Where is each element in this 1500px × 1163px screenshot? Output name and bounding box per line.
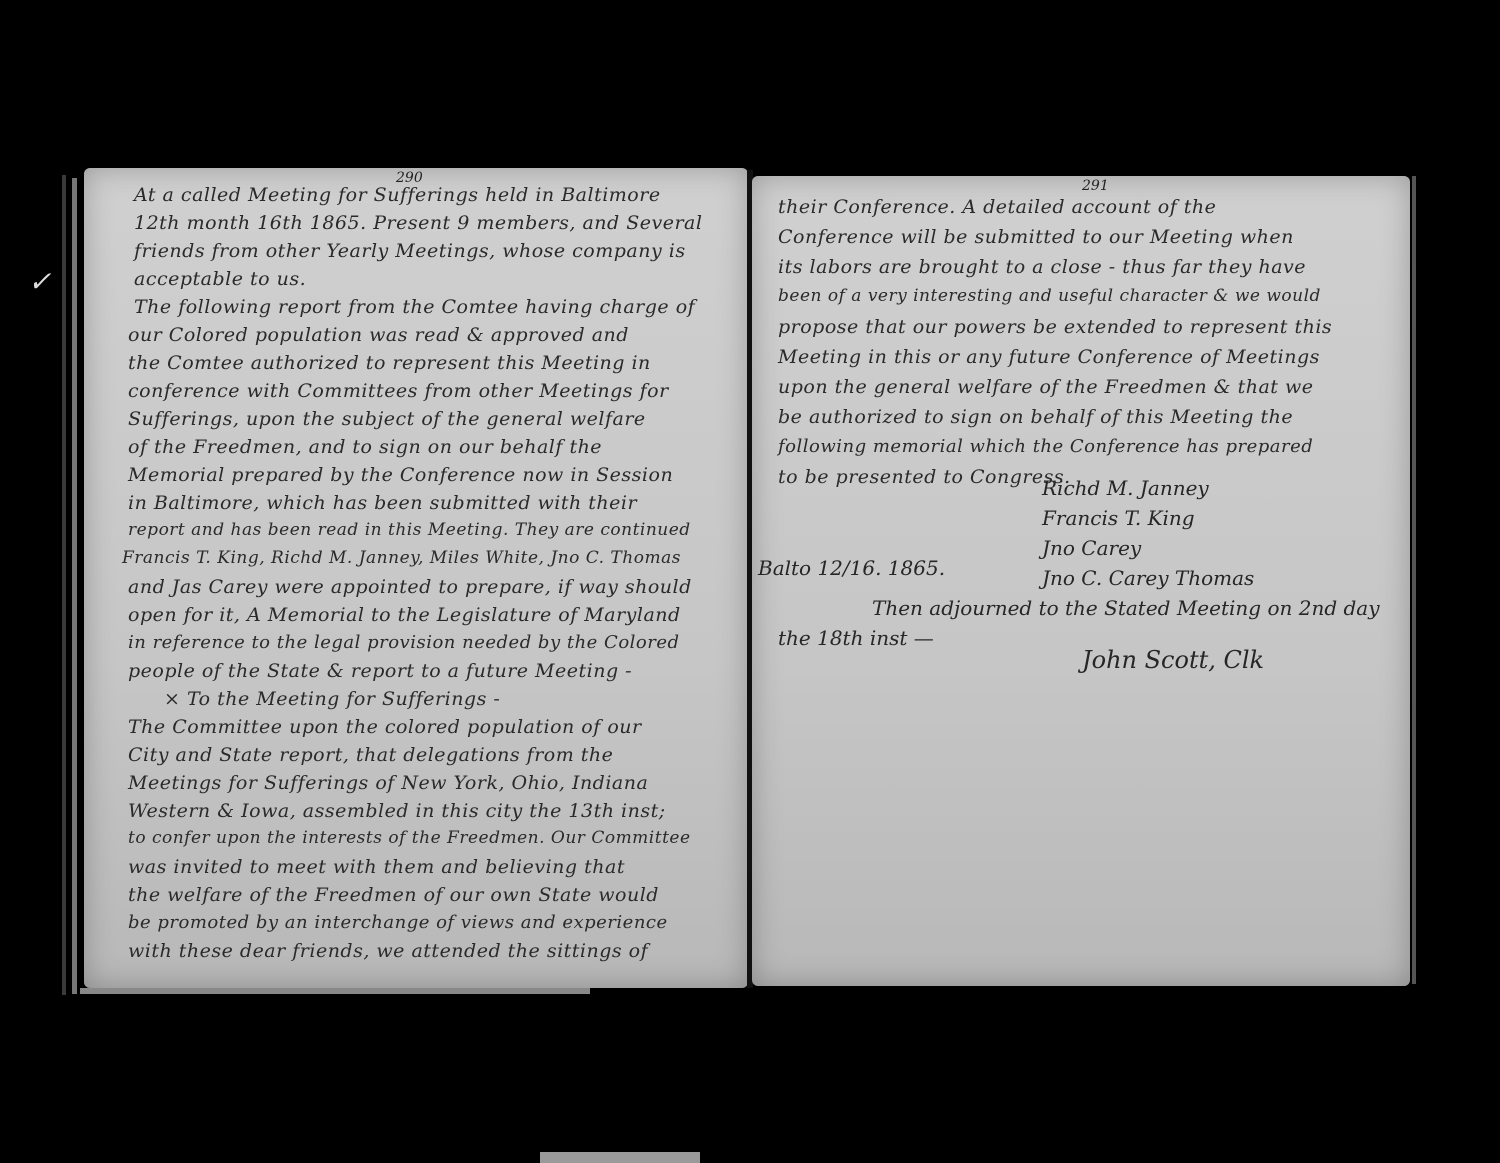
text-line: upon the general welfare of the Freedmen… xyxy=(778,376,1313,398)
text-line: propose that our powers be extended to r… xyxy=(778,316,1332,338)
text-line: The Committee upon the colored populatio… xyxy=(128,716,642,738)
text-line: 12th month 16th 1865. Present 9 members,… xyxy=(134,212,702,234)
text-line: Meetings for Sufferings of New York, Ohi… xyxy=(128,772,648,794)
text-line: with these dear friends, we attended the… xyxy=(128,940,648,962)
text-line: following memorial which the Conference … xyxy=(778,436,1313,457)
text-line: friends from other Yearly Meetings, whos… xyxy=(134,240,686,262)
text-line: Sufferings, upon the subject of the gene… xyxy=(128,408,646,430)
text-line: and Jas Carey were appointed to prepare,… xyxy=(128,576,692,598)
clerk-signature: John Scott, Clk xyxy=(1082,646,1264,674)
adjournment-line-2: the 18th inst — xyxy=(778,626,934,650)
text-line: of the Freedmen, and to sign on our beha… xyxy=(128,436,602,458)
book-edge-right xyxy=(1412,176,1416,984)
text-line: our Colored population was read & approv… xyxy=(128,324,629,346)
text-line: Meeting in this or any future Conference… xyxy=(778,346,1320,368)
book-edge-left xyxy=(62,175,66,995)
signatory-4: Jno C. Carey Thomas xyxy=(1042,566,1254,590)
signatory-2: Francis T. King xyxy=(1042,506,1195,530)
text-line: in reference to the legal provision need… xyxy=(128,632,680,653)
text-line: × To the Meeting for Sufferings - xyxy=(164,688,500,710)
left-page: 290 At a called Meeting for Sufferings h… xyxy=(84,168,748,988)
page-number-right: 291 xyxy=(1082,178,1109,194)
book-edge-left-inner xyxy=(72,178,77,994)
text-line: be authorized to sign on behalf of this … xyxy=(778,406,1293,428)
paper-slip xyxy=(540,1152,700,1163)
text-line: been of a very interesting and useful ch… xyxy=(778,286,1321,306)
text-line: the Comtee authorized to represent this … xyxy=(128,352,651,374)
text-line: was invited to meet with them and believ… xyxy=(128,856,625,878)
text-line: Western & Iowa, assembled in this city t… xyxy=(128,800,666,822)
page-bottom-edge xyxy=(80,988,590,994)
signatory-1: Richd M. Janney xyxy=(1042,476,1209,500)
text-line: City and State report, that delegations … xyxy=(128,744,613,766)
text-line: The following report from the Comtee hav… xyxy=(134,296,695,318)
text-line: Conference will be submitted to our Meet… xyxy=(778,226,1294,248)
right-page: 291 their Conference. A detailed account… xyxy=(752,176,1410,986)
text-line: acceptable to us. xyxy=(134,268,306,290)
text-line: their Conference. A detailed account of … xyxy=(778,196,1216,218)
signatory-3: Jno Carey xyxy=(1042,536,1141,560)
text-line: open for it, A Memorial to the Legislatu… xyxy=(128,604,681,626)
text-line: to confer upon the interests of the Free… xyxy=(128,828,691,848)
text-line: conference with Committees from other Me… xyxy=(128,380,669,402)
text-line: Memorial prepared by the Conference now … xyxy=(128,464,673,486)
text-line: Francis T. King, Richd M. Janney, Miles … xyxy=(122,548,681,568)
text-line: At a called Meeting for Sufferings held … xyxy=(134,184,661,206)
text-line: people of the State & report to a future… xyxy=(128,660,632,682)
text-line: be promoted by an interchange of views a… xyxy=(128,912,668,933)
date-line: Balto 12/16. 1865. xyxy=(758,556,945,580)
text-line: its labors are brought to a close - thus… xyxy=(778,256,1306,278)
text-line: report and has been read in this Meeting… xyxy=(128,520,691,540)
text-line: in Baltimore, which has been submitted w… xyxy=(128,492,637,514)
text-line: to be presented to Congress. xyxy=(778,466,1071,488)
adjournment-line-1: Then adjourned to the Stated Meeting on … xyxy=(872,596,1380,620)
text-line: the welfare of the Freedmen of our own S… xyxy=(128,884,659,906)
margin-check-mark: ✓ xyxy=(28,265,51,298)
